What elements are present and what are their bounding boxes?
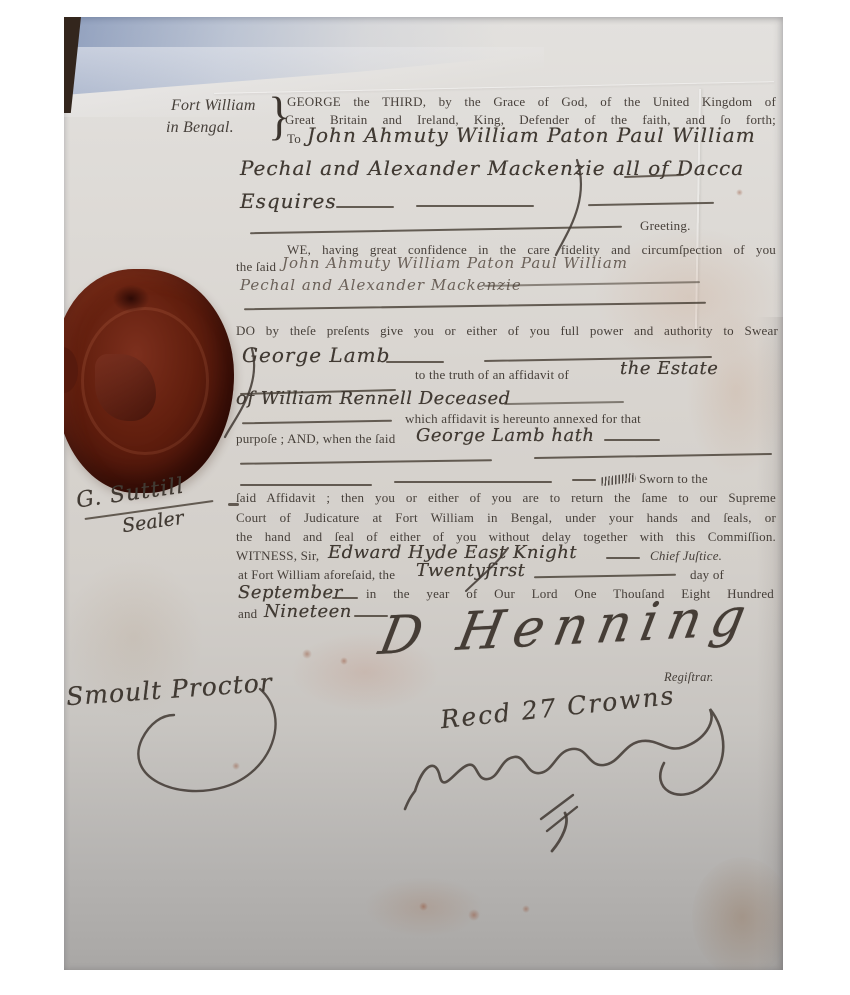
ruled-line [240,459,492,465]
handwritten-month: September [238,582,343,603]
ruled-line [332,597,358,599]
ruled-line [534,574,676,578]
printed-sworn: Sworn to the [639,471,708,487]
ruled-line [504,401,624,405]
ruled-line [336,206,394,208]
ruled-line [242,420,392,425]
handwritten-estate: the Estate [620,358,718,379]
handwritten-estate2: of William Rennell Deceased [236,388,511,409]
printed-line: GEORGE the THIRD, by the Grace of God, o… [287,94,776,110]
foxing-spot [302,649,312,659]
ruled-line [606,557,640,559]
struck-out-word [600,473,637,487]
right-edge-shadow [757,317,783,970]
ruled-line [386,361,444,363]
sidenote-line1: Fort William [171,97,256,115]
printed-and: and [238,606,257,622]
ruled-line [416,205,534,207]
received-note: Recd 27 Crowns [439,681,677,734]
handwritten-swear-name: George Lamb [242,343,390,367]
proctor-signature: Smoult Proctor [65,668,273,711]
ruled-line [588,202,714,206]
printed-day-of: day of [690,567,724,583]
printed-witness: WITNESS, Sir, [236,548,319,564]
printed-word-to: To [287,131,301,147]
margin-mark [228,503,239,506]
ruled-line [604,439,660,441]
ruled-line [354,615,388,617]
foxing-spot [340,657,348,665]
printed-chief-justice: Chief Juſtice. [650,548,722,564]
foxing-spot [468,909,480,921]
sidenote-line2: in Bengal. [166,119,234,137]
red-wax-seal [64,269,234,493]
printed-purpose: purpoſe ; AND, when the ſaid [236,431,395,447]
foxing-spot [522,905,530,913]
ruled-line [534,453,772,459]
handwritten-day: Twentyfirst [416,560,525,581]
ruled-line [240,484,372,486]
handwritten-names: John Ahmuty William Paton Paul William [307,123,756,147]
handwritten-esquires: Esquires [240,189,337,213]
handwritten-names-faded: Pechal and Alexander Mackenzie [240,276,522,294]
foxing-spot [419,902,428,911]
pen-mark-strokes [541,795,577,831]
ruled-line [250,226,622,234]
printed-the-said: the ſaid [236,259,276,275]
pen-mark-tail [552,813,567,851]
ruled-line [244,302,706,310]
ruled-line [394,481,552,483]
seal-emboss-detail [95,354,156,421]
photograph-of-legal-document: Fort William in Bengal. } GEORGE the THI… [0,0,850,995]
printed-line: DO by theſe preſents give you or either … [236,323,778,339]
ruled-line [572,479,596,481]
handwritten-hath-name: George Lamb hath [416,425,595,446]
foxing-spot [232,762,240,770]
handwritten-names-faded: John Ahmuty William Paton Paul William [282,254,628,272]
printed-truth: to the truth of an affidavit of [415,367,569,383]
handwritten-year: Nineteen [264,601,352,622]
printed-line: Court of Judicature at Fort William in B… [236,510,776,526]
document-paper: Fort William in Bengal. } GEORGE the THI… [64,17,783,970]
printed-greeting: Greeting. [640,218,691,234]
printed-at-fort: at Fort William aforeſaid, the [238,567,395,583]
foxing-spot [736,189,743,196]
printed-line: ſaid Affidavit ; then you or either of y… [236,490,776,506]
